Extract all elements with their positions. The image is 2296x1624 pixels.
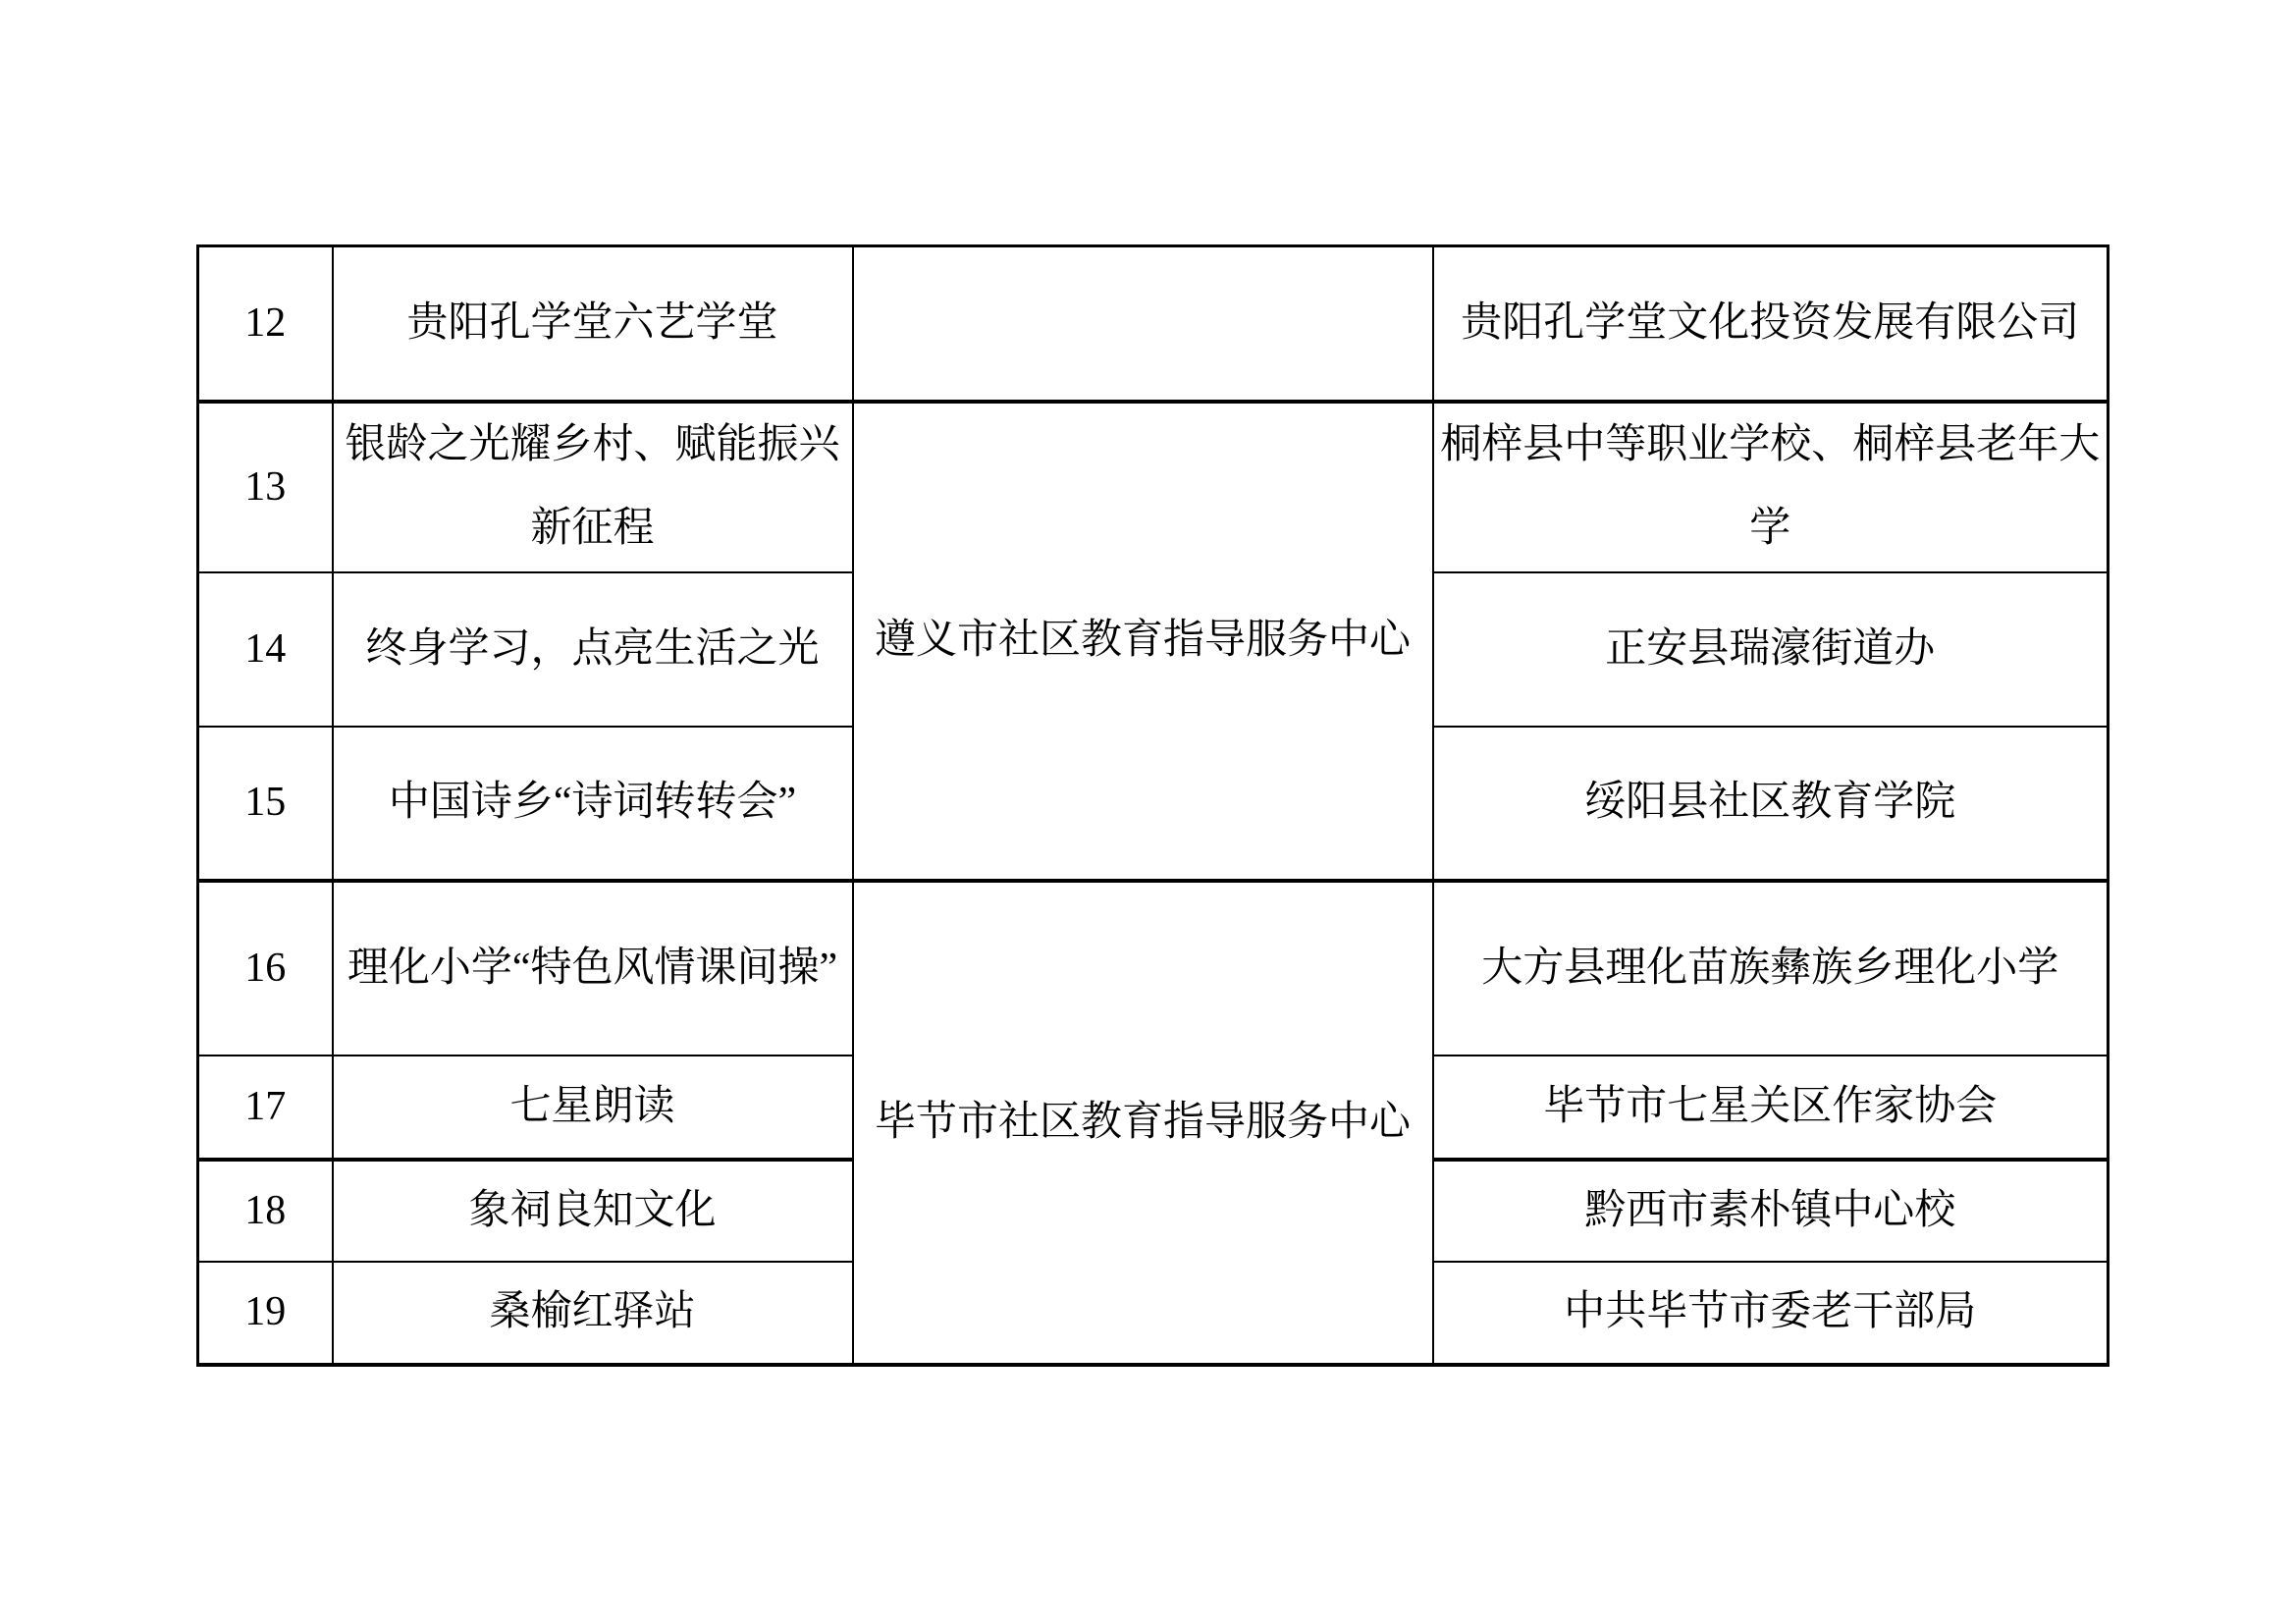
row-number-cell: 15 [198,727,333,881]
project-name-cell: 理化小学“特色风情课间操” [333,881,853,1056]
table-row: 16 理化小学“特色风情课间操” 毕节市社区教育指导服务中心 大方县理化苗族彝族… [198,881,2109,1056]
project-name-cell: 象祠良知文化 [333,1160,853,1262]
project-name-cell: 贵阳孔学堂六艺学堂 [333,246,853,402]
organization-cell: 大方县理化苗族彝族乡理化小学 [1433,881,2109,1056]
row-number-cell: 17 [198,1056,333,1160]
guidance-center-cell: 遵义市社区教育指导服务中心 [853,402,1433,881]
row-number-cell: 18 [198,1160,333,1262]
document-page: 12 贵阳孔学堂六艺学堂 贵阳孔学堂文化投资发展有限公司 13 银龄之光耀乡村、… [0,0,2296,1624]
organization-cell: 黔西市素朴镇中心校 [1433,1160,2109,1262]
row-number-cell: 19 [198,1262,333,1365]
row-number-cell: 12 [198,246,333,402]
row-number-cell: 16 [198,881,333,1056]
project-name-cell: 七星朗读 [333,1056,853,1160]
guidance-center-cell [853,246,1433,402]
organization-cell: 桐梓县中等职业学校、桐梓县老年大学 [1433,402,2109,572]
project-name-cell: 桑榆红驿站 [333,1262,853,1365]
table-row: 12 贵阳孔学堂六艺学堂 贵阳孔学堂文化投资发展有限公司 [198,246,2109,402]
organization-cell: 正安县瑞濠街道办 [1433,572,2109,727]
project-name-cell: 银龄之光耀乡村、赋能振兴新征程 [333,402,853,572]
row-number-cell: 13 [198,402,333,572]
project-name-cell: 中国诗乡“诗词转转会” [333,727,853,881]
organization-cell: 绥阳县社区教育学院 [1433,727,2109,881]
organization-cell: 毕节市七星关区作家协会 [1433,1056,2109,1160]
organization-cell: 中共毕节市委老干部局 [1433,1262,2109,1365]
project-name-cell: 终身学习，点亮生活之光 [333,572,853,727]
row-number-cell: 14 [198,572,333,727]
table-row: 13 银龄之光耀乡村、赋能振兴新征程 遵义市社区教育指导服务中心 桐梓县中等职业… [198,402,2109,572]
organization-cell: 贵阳孔学堂文化投资发展有限公司 [1433,246,2109,402]
award-table: 12 贵阳孔学堂六艺学堂 贵阳孔学堂文化投资发展有限公司 13 银龄之光耀乡村、… [196,244,2109,1367]
guidance-center-cell: 毕节市社区教育指导服务中心 [853,881,1433,1365]
